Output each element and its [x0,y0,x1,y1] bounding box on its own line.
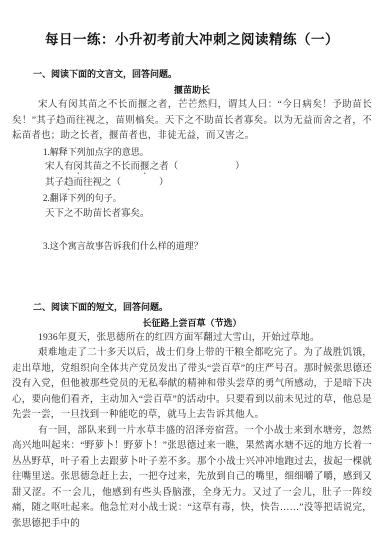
passage2-paragraph-1: 1936年夏天，张思德所在的红四方面军翻过大雪山，开始过草地。 [12,331,372,347]
question-2-label: 2.翻译下列的句子。 [43,191,372,207]
passage1-text: 宋人有闵其苗之不长而揠之者，芒芒然归，谓其人曰：“今日病矣！予助苗长矣！”其子趋… [12,98,372,145]
passage1-title: 揠苗助长 [12,82,372,98]
section2-heading: 二、阅读下面的短文，回答问题。 [33,299,372,315]
question-1-label: 1.解释下列加点字的意思。 [43,145,372,161]
question-1-item-2: 其子趋而往视之（ ） [45,176,372,192]
q1-item2-pre: 其子 [45,178,64,188]
question-3-label: 3.这个寓言故事告诉我们什么样的道理？ [43,239,372,255]
q1-item2-post: 而往视之（ ） [74,178,169,188]
q1-item2-dotted-char: 趋 [64,178,74,188]
page-title: 每日一练：小升初考前大冲刺之阅读精练（一） [12,30,372,49]
section1-heading: 一、阅读下面的文言文，回答问题。 [33,66,372,82]
passage2-paragraph-2: 艰难地走了二十多天以后，战士们身上带的干粮全都吃完了。为了战胜饥饿，走出草地，党… [12,346,372,424]
q1-item1-mid: 其苗之不长而 [83,162,140,172]
passage2-paragraph-3: 有一回，部队来到一片水草丰盛的沼泽旁宿营。一个小战士来到水塘旁，忽然高兴地叫起来… [12,424,372,533]
question-2-sentence: 天下之不助苗长者寡矣。 [45,207,372,223]
q1-item1-dotted-char-2: 揠 [140,162,150,172]
q1-item1-post: 之者（ ） [150,162,245,172]
question-1-item-1: 宋人有闵其苗之不长而揠之者（ ） [45,160,372,176]
passage2-title: 长征路上尝百草（节选） [12,315,372,331]
section-classical-reading: 一、阅读下面的文言文，回答问题。 揠苗助长 宋人有闵其苗之不长而揠之者，芒芒然归… [12,66,372,255]
q1-item1-dotted-char-1: 闵 [74,162,84,172]
worksheet-page: 每日一练：小升初考前大冲刺之阅读精练（一） 一、阅读下面的文言文，回答问题。 揠… [0,0,382,540]
q1-item1-pre: 宋人有 [45,162,74,172]
section-modern-reading: 二、阅读下面的短文，回答问题。 长征路上尝百草（节选） 1936年夏天，张思德所… [12,299,372,533]
